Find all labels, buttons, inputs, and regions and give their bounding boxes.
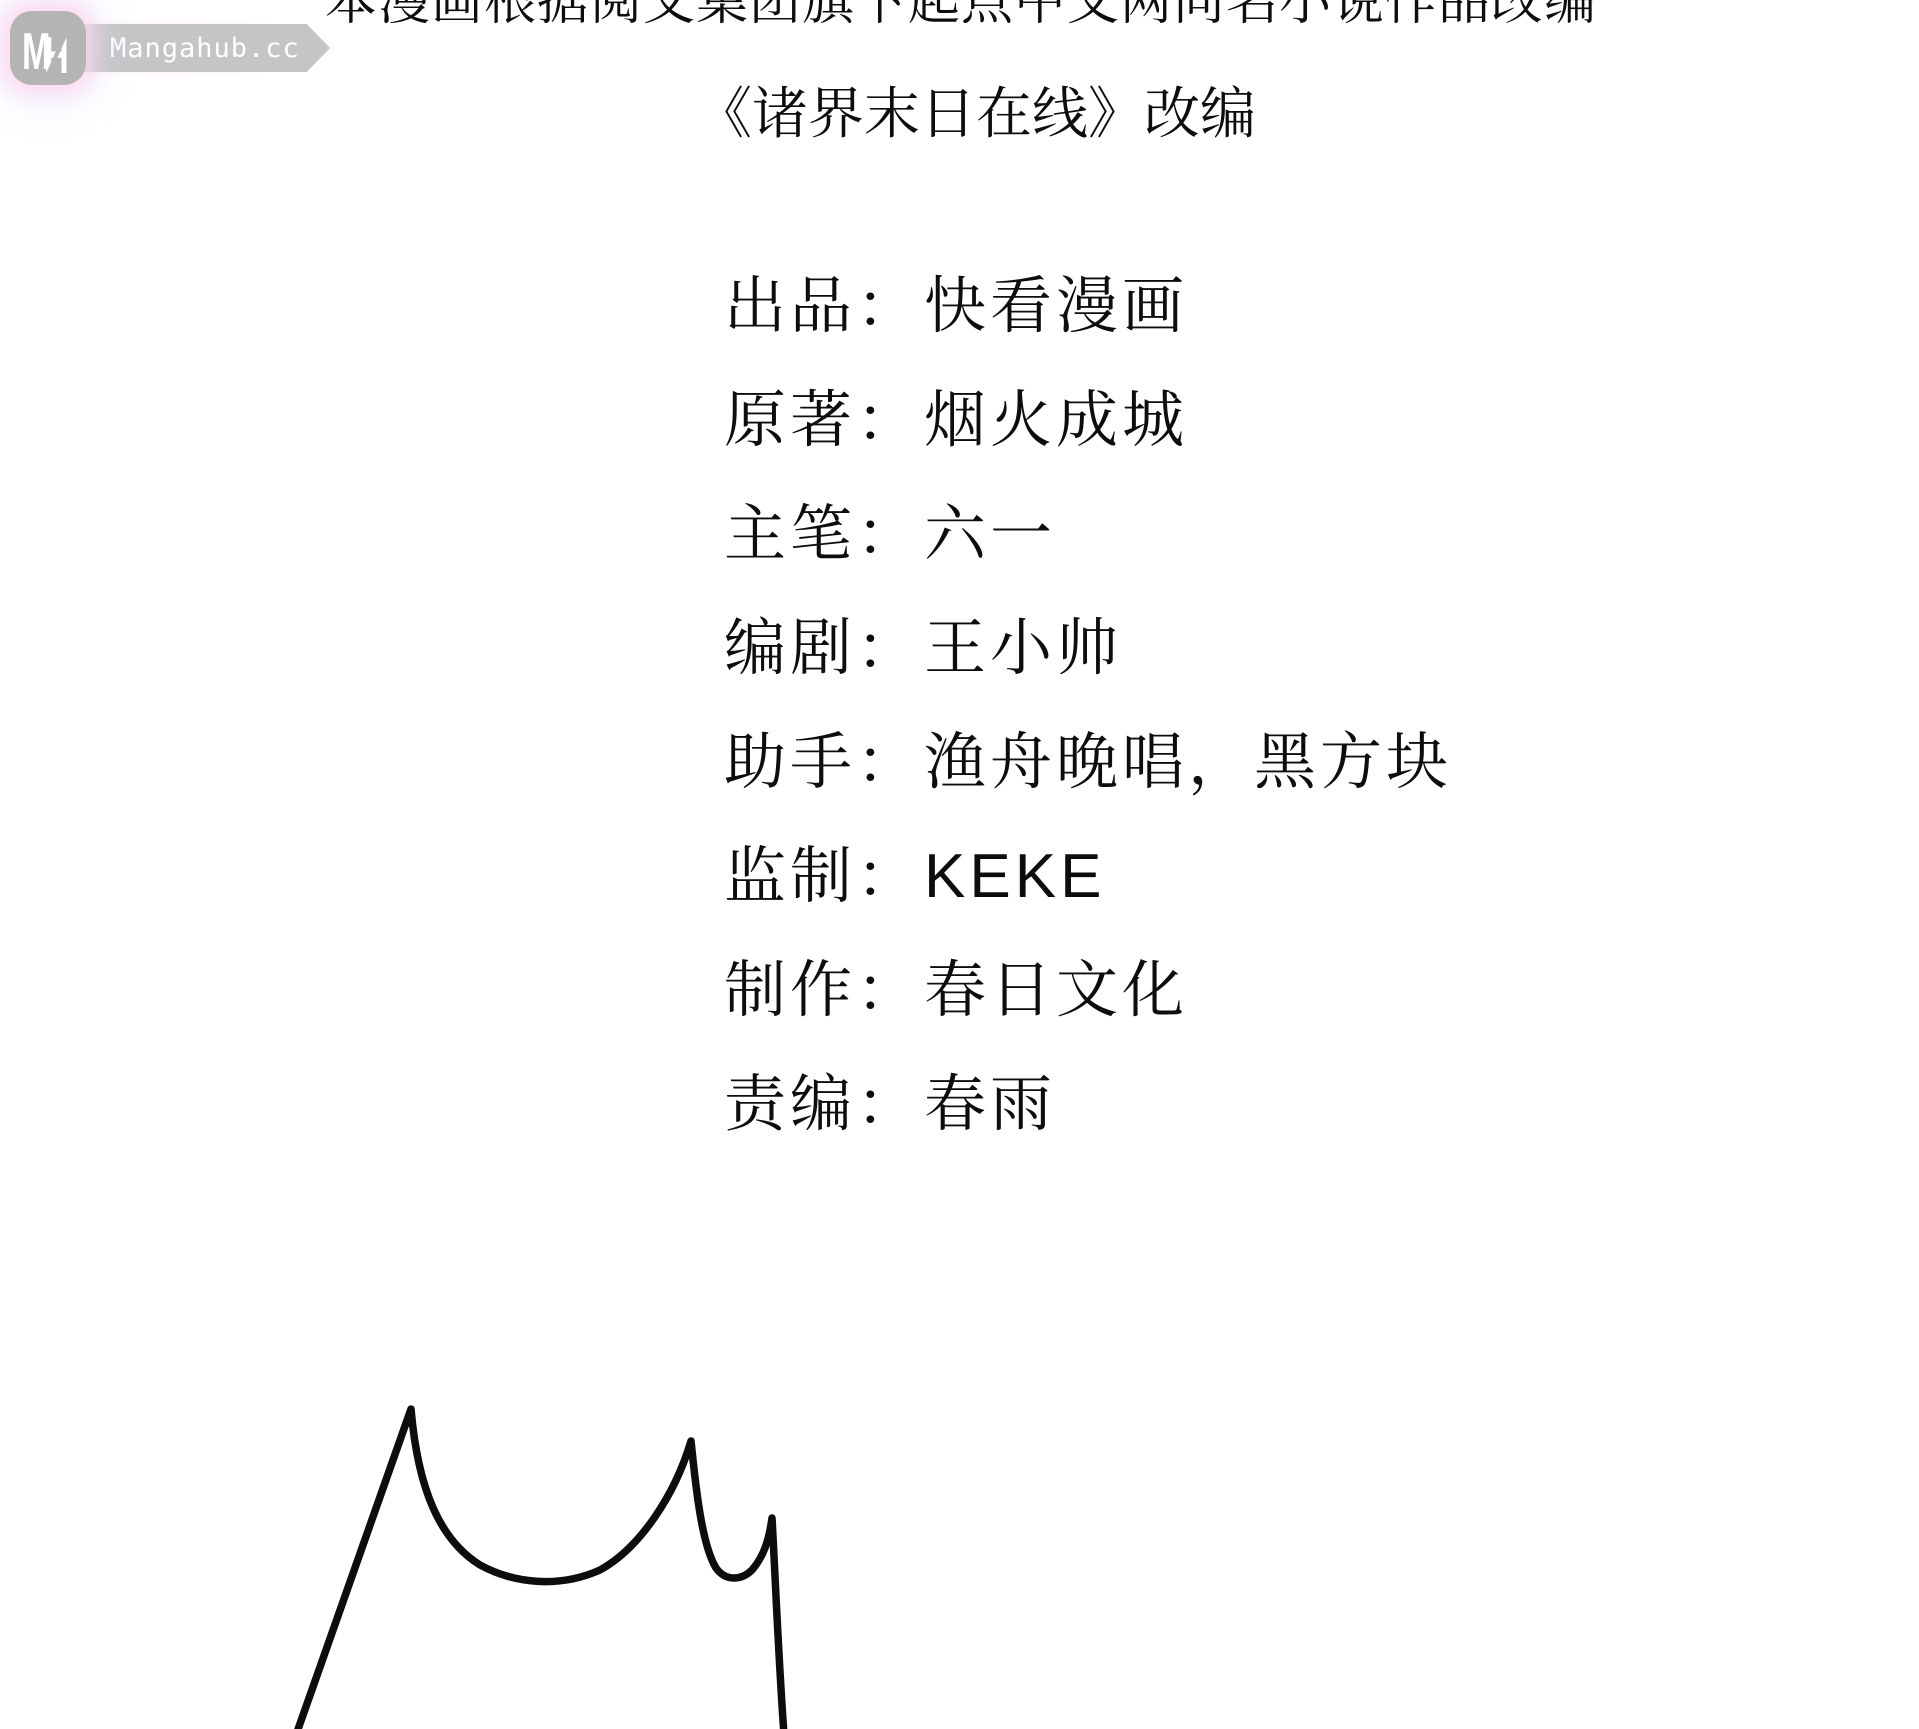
credit-separator: ： (856, 614, 922, 683)
mangahub-banner: Mangahub.cc (72, 24, 330, 72)
credit-separator: ： (856, 386, 922, 455)
credit-separator: ： (856, 956, 922, 1025)
credit-label: 责编 (724, 1070, 856, 1139)
credit-value: 六一 (924, 500, 1056, 569)
mangahub-logo-icon: M H (10, 11, 86, 85)
credit-separator: ： (856, 728, 922, 797)
credit-row-screenwriter: 编剧：王小帅 (724, 592, 1452, 706)
credit-label: 制作 (724, 956, 856, 1025)
page-title: 《诸界末日在线》改编 (696, 70, 1256, 150)
credit-row-original-author: 原著：烟火成城 (724, 364, 1452, 478)
credit-separator: ： (856, 500, 922, 569)
credit-label: 监制 (724, 842, 856, 911)
credit-label: 助手 (724, 728, 856, 797)
credit-value: 春雨 (924, 1070, 1056, 1139)
credit-separator: ： (856, 842, 922, 911)
credit-label: 出品 (724, 272, 856, 341)
credit-value: 烟火成城 (924, 386, 1188, 455)
credit-value: 渔舟晚唱，黑方块 (924, 728, 1452, 797)
cropped-top-text: 本漫画根据阅文集团旗下起点中文网同名小说作品改编 (325, 0, 1597, 34)
manga-credits-page: Mangahub.cc M H 本漫画根据阅文集团旗下起点中文网同名小说作品改编… (0, 0, 1919, 1729)
credit-row-publisher: 出品：快看漫画 (724, 250, 1452, 364)
credits-block: 出品：快看漫画 原著：烟火成城 主笔：六一 编剧：王小帅 助手：渔舟晚唱，黑方块… (724, 250, 1452, 1162)
mangahub-watermark[interactable]: Mangahub.cc M H (0, 0, 340, 110)
credit-value: 春日文化 (924, 956, 1188, 1025)
credit-row-production: 制作：春日文化 (724, 934, 1452, 1048)
credit-label: 编剧 (724, 614, 856, 683)
credit-value: KEKE (924, 842, 1105, 911)
credit-separator: ： (856, 272, 922, 341)
credit-row-editor: 责编：春雨 (724, 1048, 1452, 1162)
credit-row-assistants: 助手：渔舟晚唱，黑方块 (724, 706, 1452, 820)
credit-separator: ： (856, 1070, 922, 1139)
credit-value: 快看漫画 (924, 272, 1188, 341)
credit-value: 王小帅 (924, 614, 1122, 683)
credit-row-supervisor: 监制：KEKE (724, 820, 1452, 934)
mangahub-site-label: Mangahub.cc (110, 33, 300, 64)
credit-label: 主笔 (724, 500, 856, 569)
credit-label: 原著 (724, 386, 856, 455)
credit-row-lead-artist: 主笔：六一 (724, 478, 1452, 592)
